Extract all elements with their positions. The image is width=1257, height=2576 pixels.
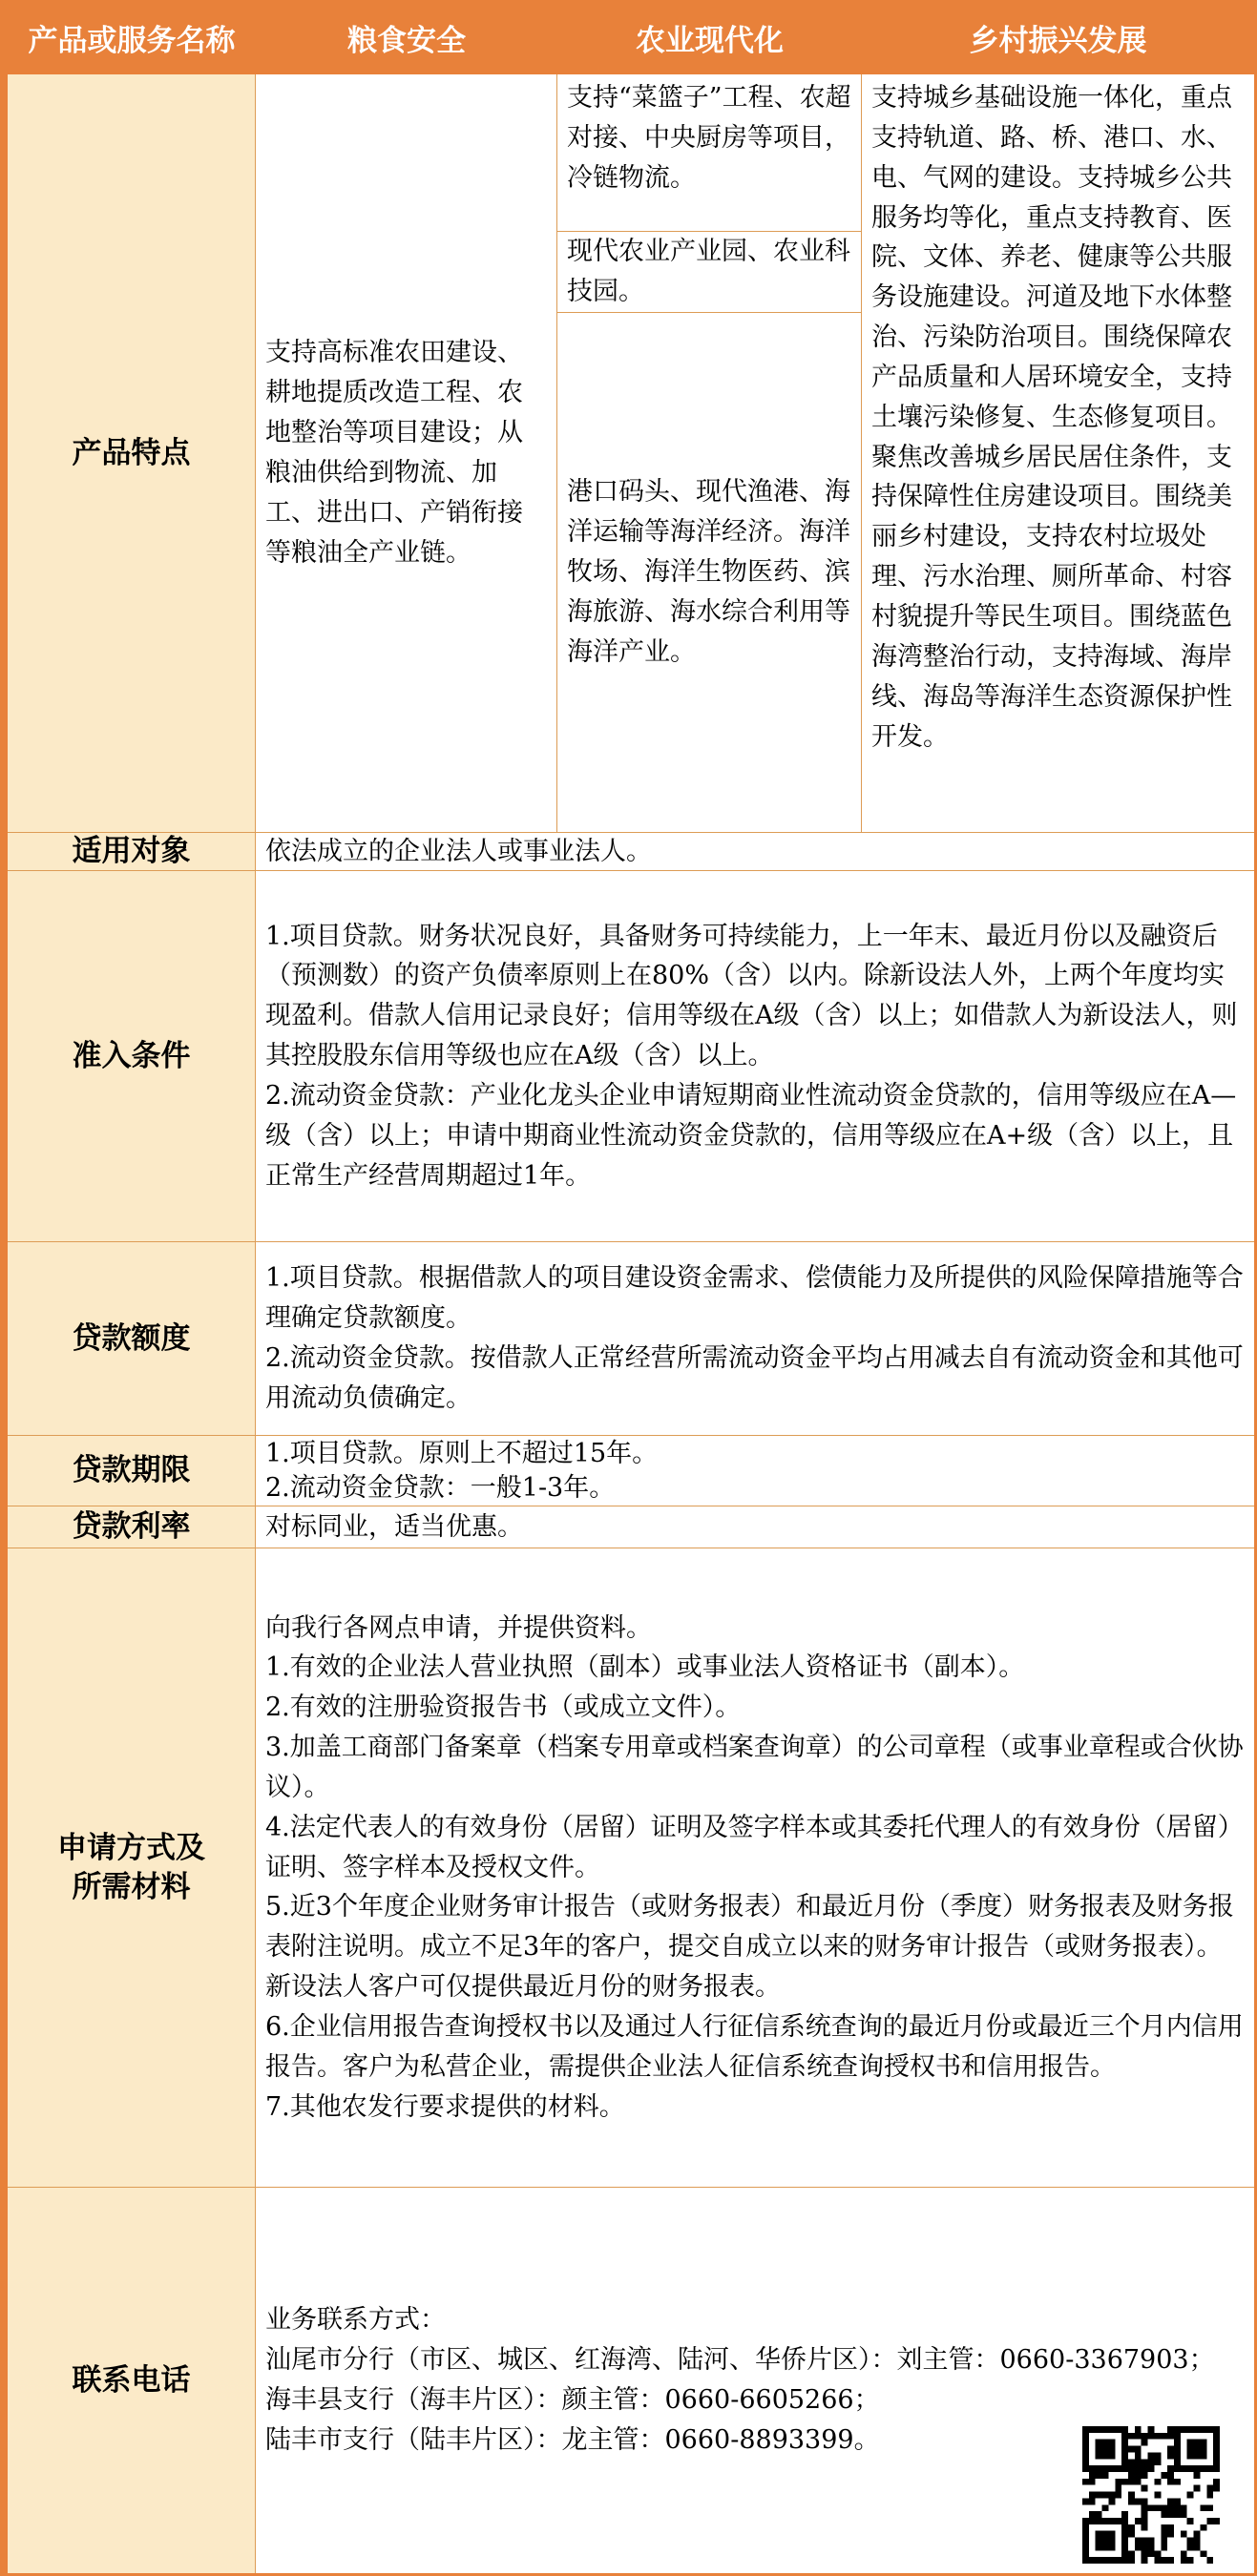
row-label-application-method: 申请方式及 所需材料 xyxy=(8,1548,256,2188)
loan-product-table: 产品或服务名称 粮食安全 农业现代化 乡村振兴发展 产品特点 支持高标准农田建设… xyxy=(0,0,1257,2576)
row-loan-term: 贷款期限 1.项目贷款。原则上不超过15年。 2.流动资金贷款：一般1-3年。 xyxy=(8,1436,1254,1506)
header-grain-security: 粮食安全 xyxy=(256,0,557,74)
row-label-loan-term: 贷款期限 xyxy=(8,1436,256,1506)
cell-features-agri-sub3: 港口码头、现代渔港、海洋运输等海洋经济。海洋牧场、海洋生物医药、滨海旅游、海水综… xyxy=(557,313,861,832)
cell-loan-rate: 对标同业，适当优惠。 xyxy=(256,1506,1254,1548)
row-product-features: 产品特点 支持高标准农田建设、耕地提质改造工程、农地整治等项目建设；从粮油供给到… xyxy=(8,74,1254,833)
cell-contact-phone: 业务联系方式： 汕尾市分行（市区、城区、红海湾、陆河、华侨片区）：刘主管：066… xyxy=(256,2188,1254,2573)
table-header-row: 产品或服务名称 粮食安全 农业现代化 乡村振兴发展 xyxy=(8,0,1254,74)
contact-phone-text: 业务联系方式： 汕尾市分行（市区、城区、红海湾、陆河、华侨片区）：刘主管：066… xyxy=(265,2300,1215,2460)
header-product-or-service-name: 产品或服务名称 xyxy=(8,0,256,74)
row-label-loan-amount: 贷款额度 xyxy=(8,1242,256,1436)
cell-loan-term: 1.项目贷款。原则上不超过15年。 2.流动资金贷款：一般1-3年。 xyxy=(256,1436,1254,1506)
cell-eligible-targets: 依法成立的企业法人或事业法人。 xyxy=(256,833,1254,871)
cell-features-agri-sub1: 支持“菜篮子”工程、农超对接、中央厨房等项目，冷链物流。 xyxy=(557,74,861,232)
row-loan-amount: 贷款额度 1.项目贷款。根据借款人的项目建设资金需求、偿债能力及所提供的风险保障… xyxy=(8,1242,1254,1436)
qr-code-icon xyxy=(1082,2426,1220,2564)
header-agriculture-modernization: 农业现代化 xyxy=(557,0,862,74)
row-application-method: 申请方式及 所需材料 向我行各网点申请，并提供资料。 1.有效的企业法人营业执照… xyxy=(8,1548,1254,2188)
row-label-eligible-targets: 适用对象 xyxy=(8,833,256,871)
row-admission-conditions: 准入条件 1.项目贷款。财务状况良好，具备财务可持续能力，上一年末、最近月份以及… xyxy=(8,871,1254,1242)
row-label-product-features: 产品特点 xyxy=(8,74,256,833)
cell-features-grain-security: 支持高标准农田建设、耕地提质改造工程、农地整治等项目建设；从粮油供给到物流、加工… xyxy=(256,74,557,833)
cell-admission-conditions: 1.项目贷款。财务状况良好，具备财务可持续能力，上一年末、最近月份以及融资后（预… xyxy=(256,871,1254,1242)
cell-application-method: 向我行各网点申请，并提供资料。 1.有效的企业法人营业执照（副本）或事业法人资格… xyxy=(256,1548,1254,2188)
row-loan-rate: 贷款利率 对标同业，适当优惠。 xyxy=(8,1506,1254,1548)
cell-group-features-agri-modernization: 支持“菜篮子”工程、农超对接、中央厨房等项目，冷链物流。 现代农业产业园、农业科… xyxy=(557,74,862,833)
cell-features-agri-sub2: 现代农业产业园、农业科技园。 xyxy=(557,232,861,313)
row-contact-phone: 联系电话 业务联系方式： 汕尾市分行（市区、城区、红海湾、陆河、华侨片区）：刘主… xyxy=(8,2188,1254,2573)
row-eligible-targets: 适用对象 依法成立的企业法人或事业法人。 xyxy=(8,833,1254,871)
header-rural-revitalization: 乡村振兴发展 xyxy=(862,0,1254,74)
row-label-loan-rate: 贷款利率 xyxy=(8,1506,256,1548)
cell-features-rural-revitalization: 支持城乡基础设施一体化，重点支持轨道、路、桥、港口、水、电、气网的建设。支持城乡… xyxy=(862,74,1254,833)
cell-loan-amount: 1.项目贷款。根据借款人的项目建设资金需求、偿债能力及所提供的风险保障措施等合理… xyxy=(256,1242,1254,1436)
row-label-contact-phone: 联系电话 xyxy=(8,2188,256,2573)
row-label-admission-conditions: 准入条件 xyxy=(8,871,256,1242)
